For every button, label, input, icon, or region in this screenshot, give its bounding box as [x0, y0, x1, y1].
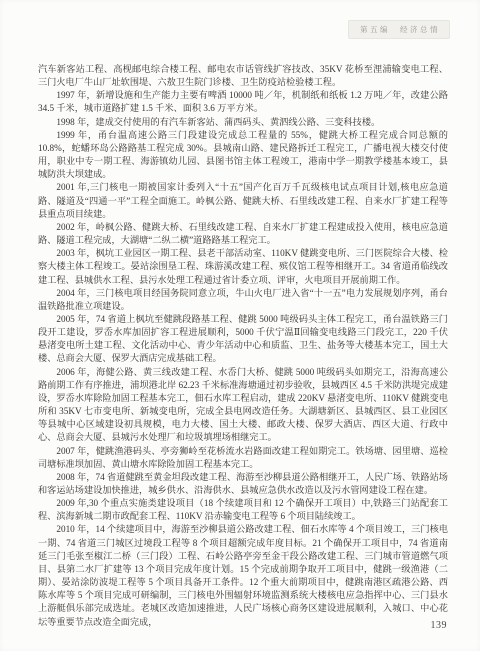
paragraph: 2001 年,三门核电一期被国家计委列入“十五”国产化百万千瓦级核电试点项目计划…	[38, 181, 448, 220]
paragraph: 2009 年,30 个重点实施类建设项目（18 个续建项目和 12 个确保开工项…	[38, 497, 448, 523]
paragraph: 2008 年，74 省道健跳至黄金坦段改建工程、海游至沙柳县道公路相继开工，人民…	[38, 471, 448, 497]
running-head: 第五编经济总情	[348, 20, 450, 39]
paragraph: 1997 年，新增设施和生产能力主要有啤酒 10000 吨／年，机制纸和纸板 1…	[38, 89, 448, 115]
paragraph: 2010 年，14 个续建项目中，海游至沙柳县道公路改建工程、佃石水库等 4 个…	[38, 523, 448, 628]
document-page: 第五编经济总情 汽车新客站工程、高枧邮电综合楼工程、邮电农市话管线扩容技改、35…	[0, 0, 480, 651]
paragraph: 2005 年，74 省道上枫坑至健跳段路基工程、健跳 5000 吨级码头主体工程…	[38, 313, 448, 366]
page-number: 139	[431, 620, 448, 631]
running-head-section: 第五编	[360, 25, 390, 34]
paragraph: 汽车新客站工程、高枧邮电综合楼工程、邮电农市话管线扩容技改、35KV 花桥至浬浦…	[38, 63, 448, 89]
paragraph: 1999 年，甬台温高速公路三门段建设完成总工程量的 55%，健跳大桥工程完成合…	[38, 129, 448, 182]
paragraph: 2004 年，三门核电项目经国务院同意立项，牛山火电厂进入省“十一五”电力发展规…	[38, 287, 448, 313]
paragraph: 1998 年，建成交付使用的有汽车新客站、蒲西码头、黄泗线公路、三变科技楼。	[38, 116, 448, 129]
running-head-title: 经济总情	[400, 25, 440, 34]
body-text: 汽车新客站工程、高枧邮电综合楼工程、邮电农市话管线扩容技改、35KV 花桥至浬浦…	[38, 63, 448, 629]
paragraph: 2003 年，枫坑工业园区一期工程、县老干部活动室、110KV 健跳变电所、三门…	[38, 247, 448, 286]
paragraph: 2006 年，海健公路、黄三线改建工程、水岙门大桥、健跳 5000 吨级码头如期…	[38, 366, 448, 445]
paragraph: 2007 年，健跳渔港码头、亭旁狮岭至花桥流水岩路面改建工程如期完工。铁场塘、园…	[38, 445, 448, 471]
paragraph: 2002 年，岭枫公路、健跳大桥、石里线改建工程、自来水厂扩建工程建成投入使用，…	[38, 221, 448, 247]
